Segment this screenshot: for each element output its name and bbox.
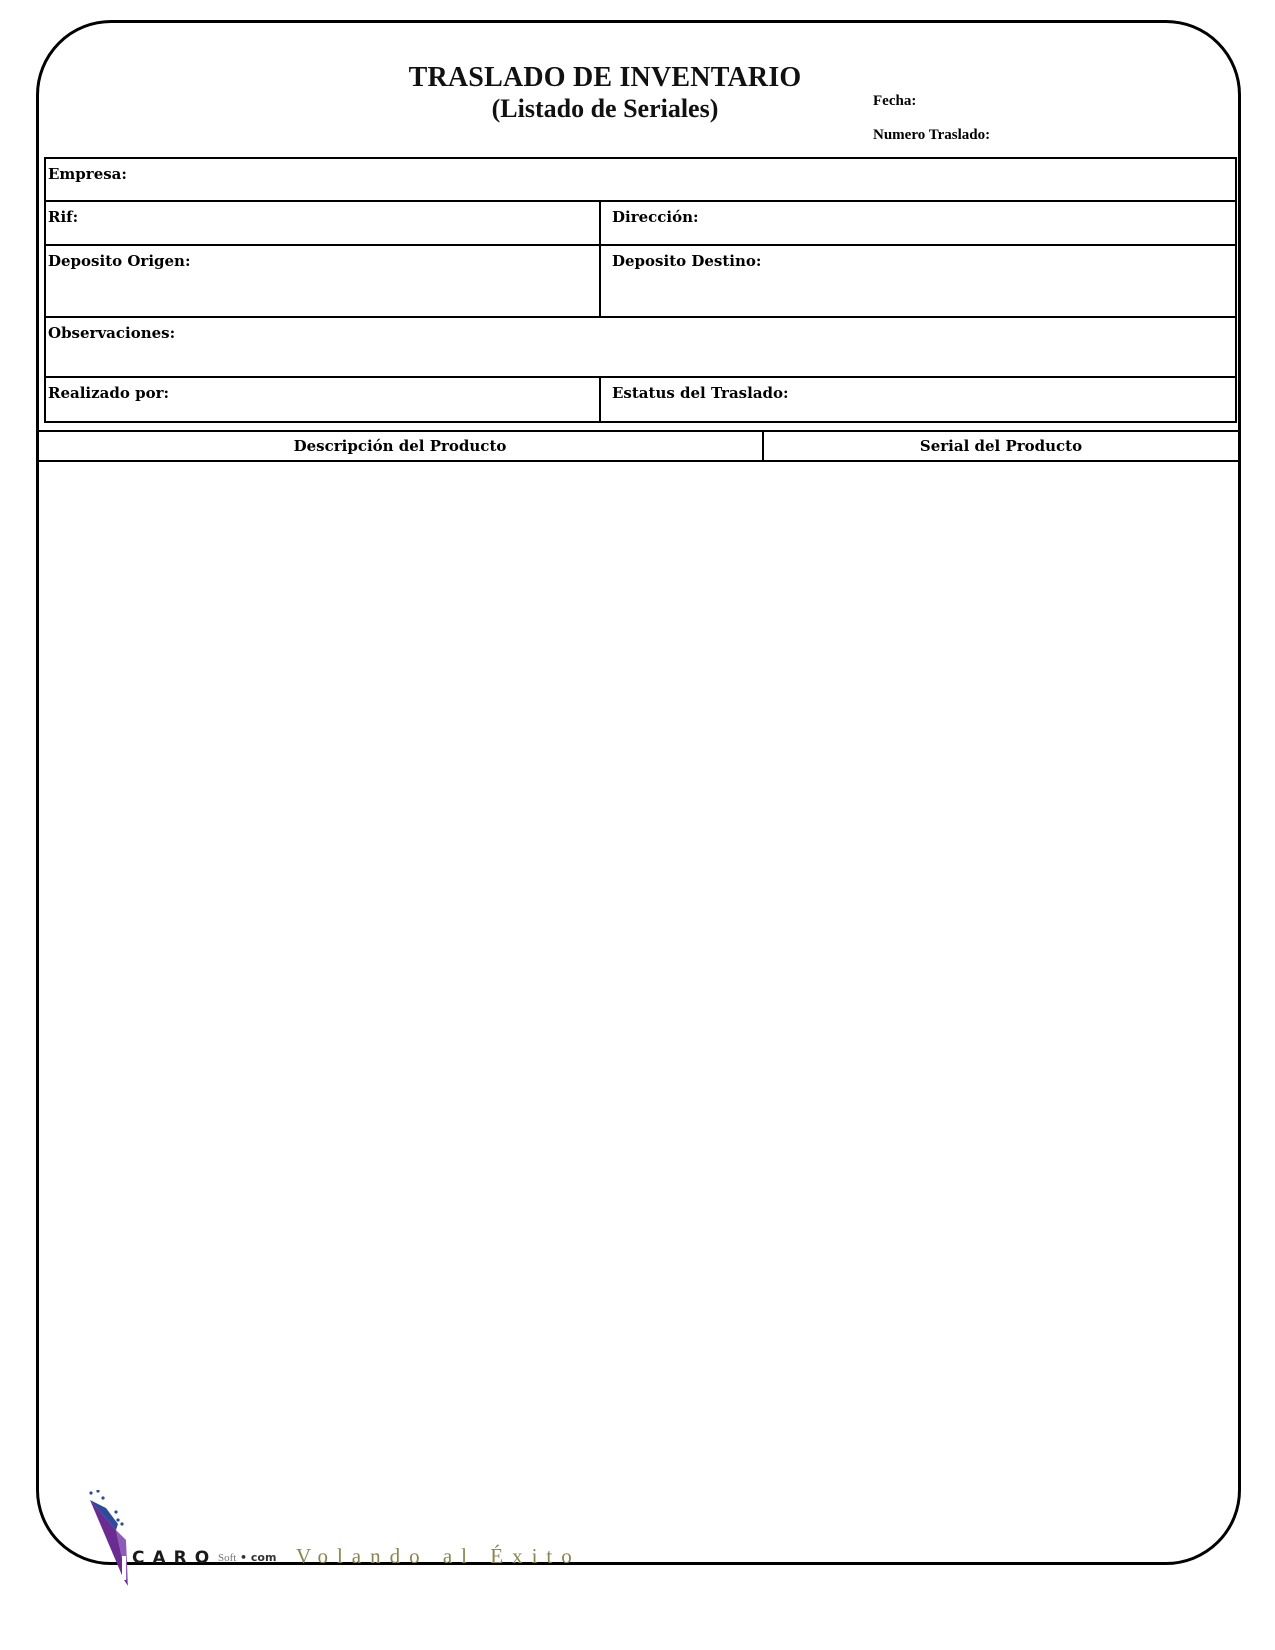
feather-logo-icon (88, 1490, 148, 1586)
row-realizado-estatus: Realizado por: Estatus del Traslado: (46, 376, 1235, 421)
observaciones-field[interactable]: Observaciones: (46, 318, 1235, 376)
estatus-traslado-field[interactable]: Estatus del Traslado: (601, 378, 1235, 421)
fecha-label: Fecha: (873, 93, 916, 110)
row-observaciones: Observaciones: (46, 316, 1235, 376)
rif-field[interactable]: Rif: (46, 202, 601, 244)
row-depositos: Deposito Origen: Deposito Destino: (46, 244, 1235, 316)
logo-slogan: Volando al Éxito (296, 1544, 581, 1569)
direccion-field[interactable]: Dirección: (601, 202, 1235, 244)
logo-soft-text: Soft (218, 1552, 236, 1564)
document-subtitle: (Listado de Seriales) (330, 94, 880, 124)
numero-traslado-label: Numero Traslado: (873, 127, 990, 144)
column-header-serial: Serial del Producto (764, 432, 1238, 460)
items-table-body[interactable] (36, 462, 1240, 1482)
row-rif-direccion: Rif: Dirección: (46, 200, 1235, 244)
realizado-por-field[interactable]: Realizado por: (46, 378, 601, 421)
deposito-origen-field[interactable]: Deposito Origen: (46, 246, 601, 316)
column-header-descripcion: Descripción del Producto (38, 432, 764, 460)
row-empresa: Empresa: (46, 159, 1235, 200)
document-title: TRASLADO DE INVENTARIO (330, 62, 880, 94)
logo-brand-text: CARO (132, 1548, 217, 1568)
icarosoft-logo: CARO Soft • com Volando al Éxito (88, 1490, 588, 1570)
items-table-header: Descripción del Producto Serial del Prod… (36, 430, 1240, 462)
empresa-field[interactable]: Empresa: (46, 159, 1235, 200)
deposito-destino-field[interactable]: Deposito Destino: (601, 246, 1235, 316)
transfer-info-table: Empresa: Rif: Dirección: Deposito Origen… (44, 157, 1237, 423)
logo-com-text: • com (240, 1551, 276, 1564)
